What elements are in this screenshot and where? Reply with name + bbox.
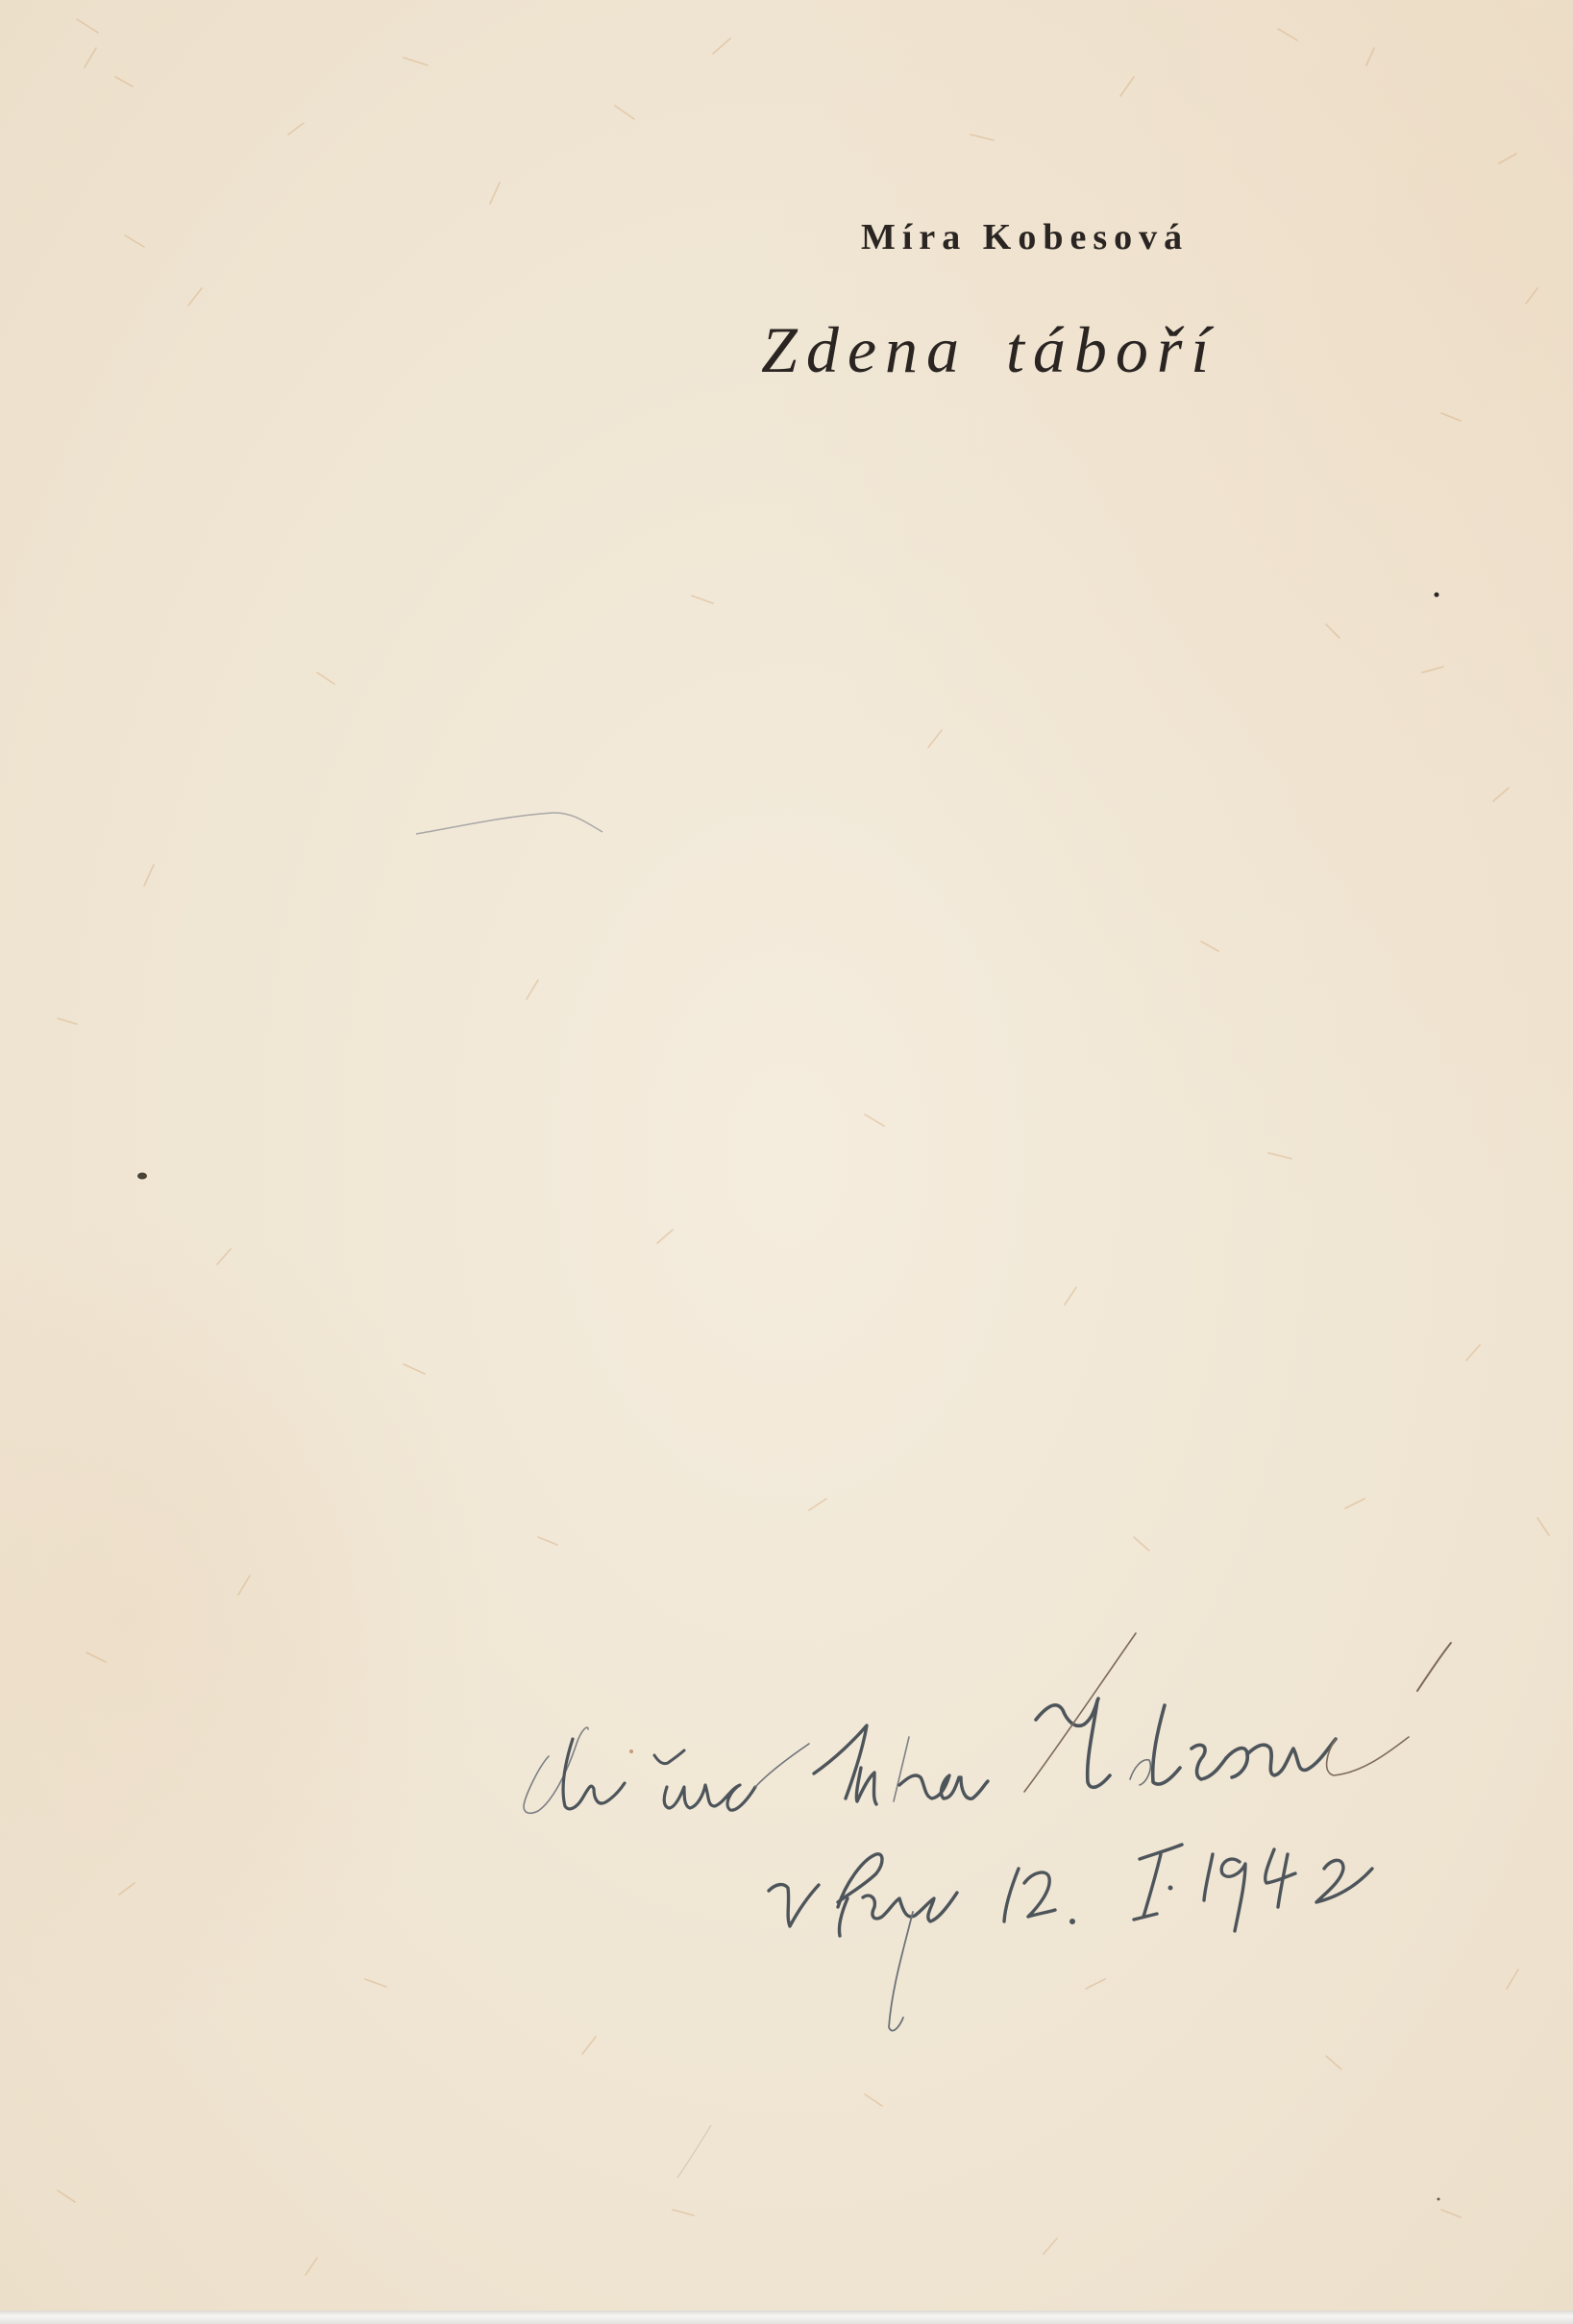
handwriting-date-line bbox=[769, 1845, 1372, 2031]
handwriting-word-alence bbox=[524, 1727, 809, 1813]
scan-bottom-edge bbox=[0, 2311, 1573, 2324]
dedication-line-1: Alěnce Míra Kobesová bbox=[0, 0, 1, 1]
ink-speck bbox=[137, 1173, 147, 1180]
book-author: Míra Kobesová bbox=[861, 219, 1189, 256]
book-half-title-page: Míra Kobesová Zdena táboří bbox=[0, 0, 1573, 2311]
book-title: Zdena táboří bbox=[761, 317, 1217, 382]
dedication-line-2: v Praze 12. I. 1942 bbox=[0, 0, 1, 1]
stray-pencil-line bbox=[416, 813, 602, 834]
handwriting-word-mira bbox=[814, 1725, 988, 1804]
handwriting-word-kobesova bbox=[1024, 1633, 1451, 1792]
